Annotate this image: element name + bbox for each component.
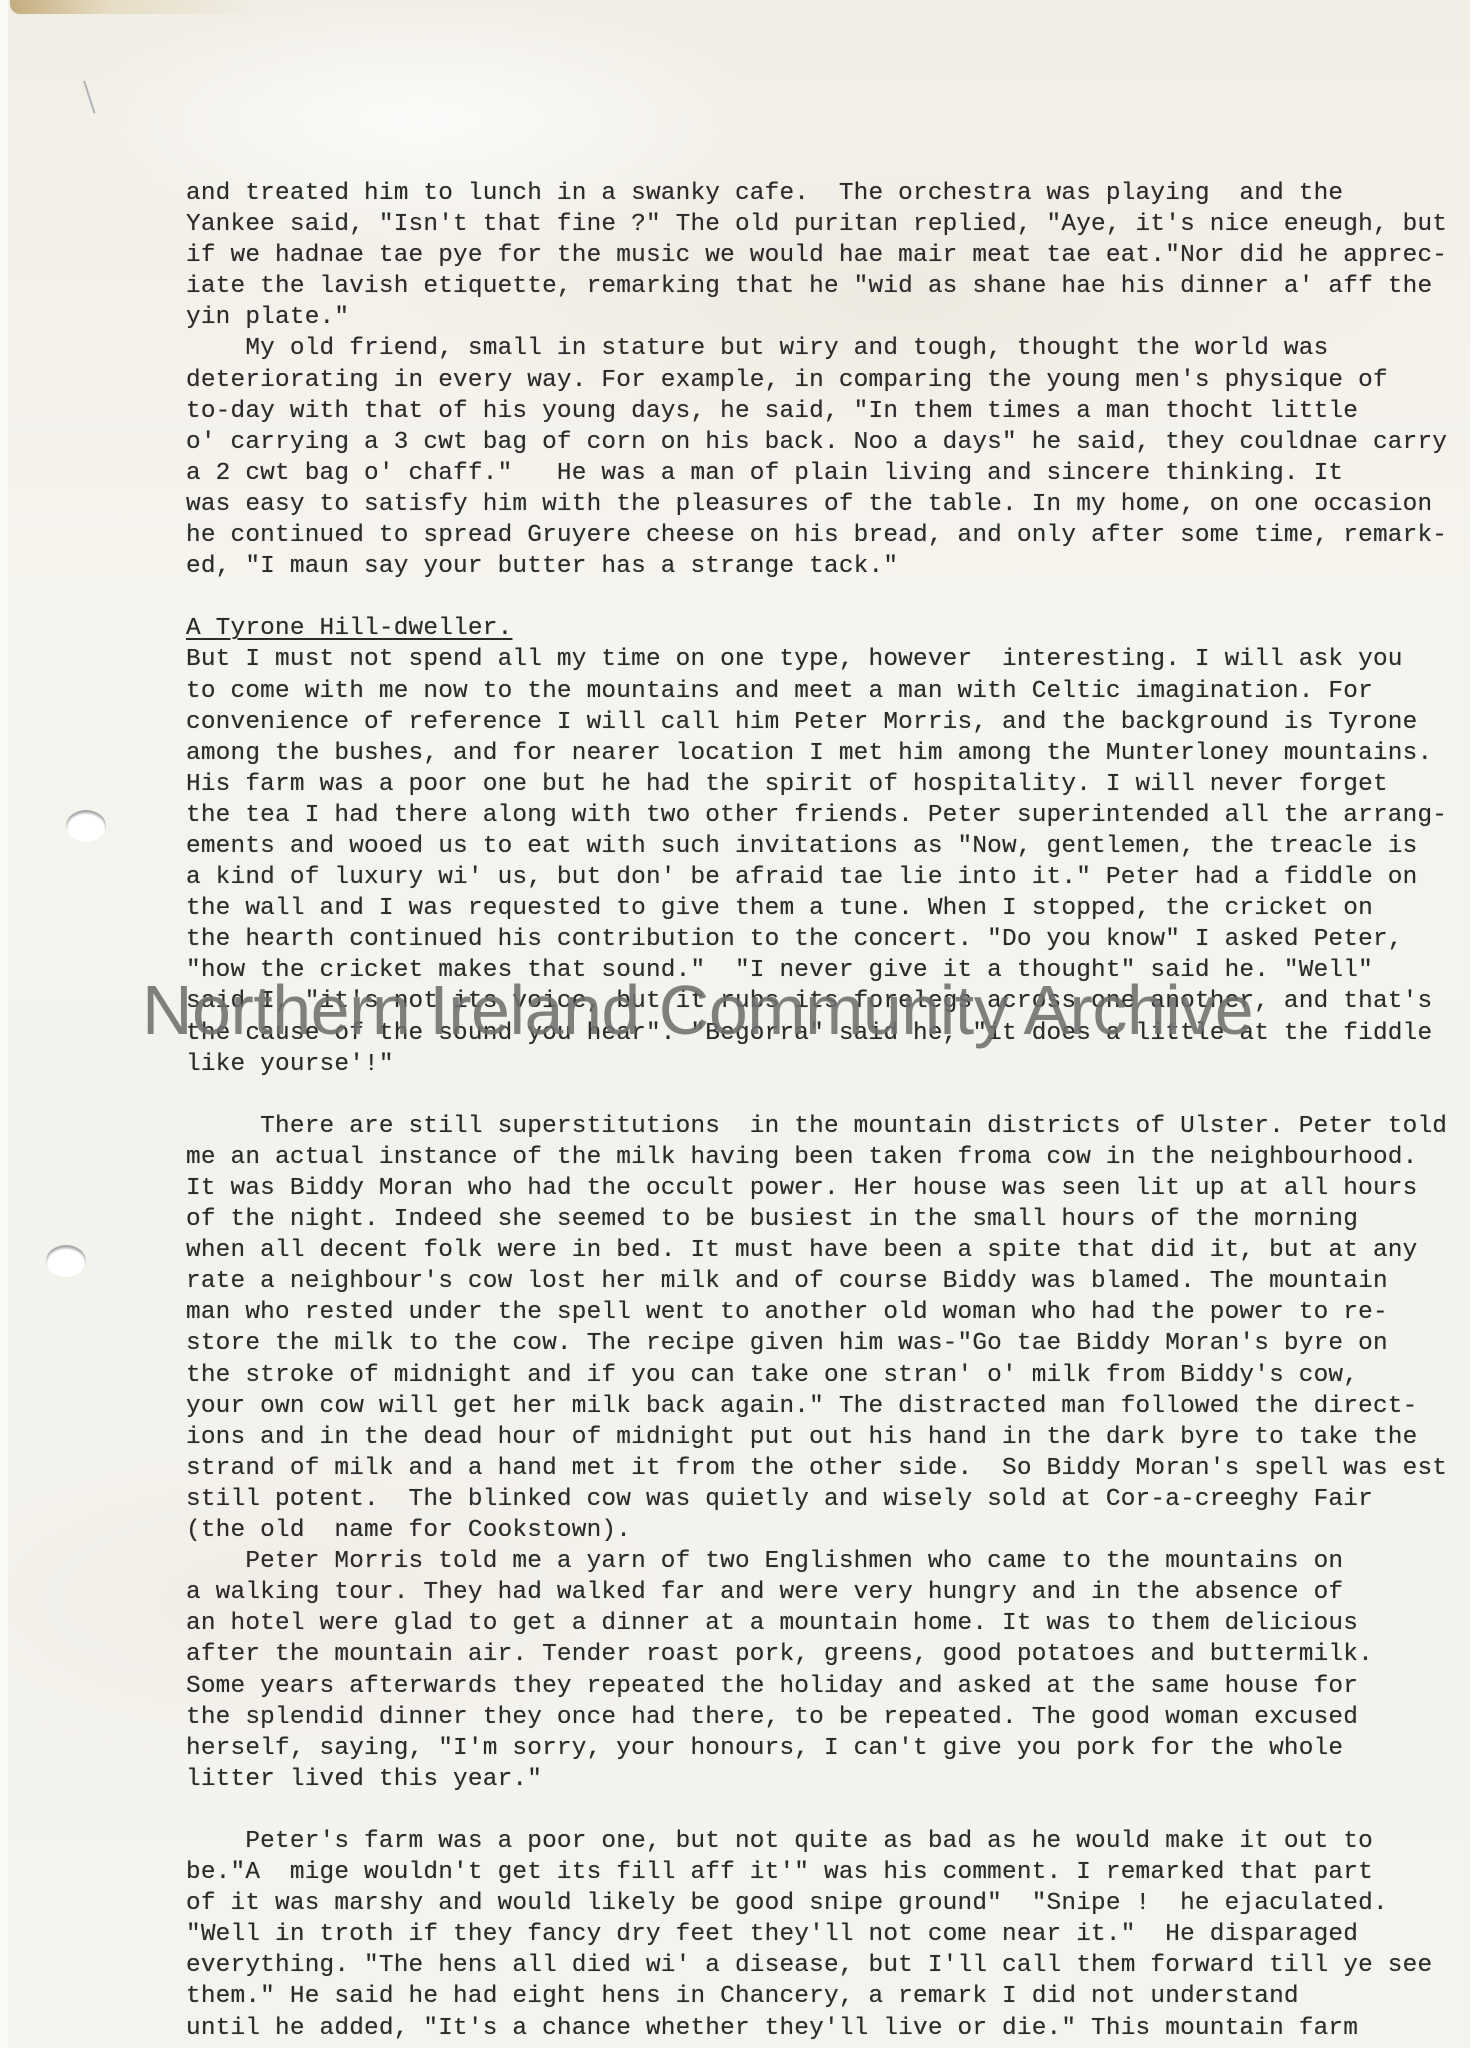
text-line: of it was marshy and would likely be goo…	[186, 1888, 1480, 1919]
paragraph: Peter Morris told me a yarn of two Engli…	[186, 1546, 1480, 1795]
text-line: a 2 cwt bag o' chaff." He was a man of p…	[186, 458, 1480, 489]
text-line: Peter Morris told me a yarn of two Engli…	[186, 1546, 1480, 1577]
text-line: an hotel were glad to get a dinner at a …	[186, 1608, 1480, 1639]
text-line: was easy to satisfy him with the pleasur…	[186, 489, 1480, 520]
text-line: Peter's farm was a poor one, but not qui…	[186, 1826, 1480, 1857]
page-left-edge	[0, 0, 8, 2048]
text-line: store the milk to the cow. The recipe gi…	[186, 1328, 1480, 1359]
paragraph: My old friend, small in stature but wiry…	[186, 333, 1480, 582]
text-line: everything. "The hens all died wi' a dis…	[186, 1950, 1480, 1981]
text-line: me an actual instance of the milk having…	[186, 1142, 1480, 1173]
paragraph: There are still superstitutions in the m…	[186, 1111, 1480, 1546]
text-line: among the bushes, and for nearer locatio…	[186, 738, 1480, 769]
text-line: man who rested under the spell went to a…	[186, 1297, 1480, 1328]
text-line: litter lived this year."	[186, 1764, 1480, 1795]
paragraph: and treated him to lunch in a swanky caf…	[186, 178, 1480, 333]
punch-hole-icon	[46, 1245, 86, 1277]
text-line: to come with me now to the mountains and…	[186, 676, 1480, 707]
text-line: still potent. The blinked cow was quietl…	[186, 1484, 1480, 1515]
punch-hole-icon	[66, 810, 106, 842]
text-line: of the night. Indeed she seemed to be bu…	[186, 1204, 1480, 1235]
text-line: he continued to spread Gruyere cheese on…	[186, 520, 1480, 551]
text-line: and treated him to lunch in a swanky caf…	[186, 178, 1480, 209]
paragraph: Peter's farm was a poor one, but not qui…	[186, 1826, 1480, 2044]
text-line: strand of milk and a hand met it from th…	[186, 1453, 1480, 1484]
text-line: Some years afterwards they repeated the …	[186, 1671, 1480, 1702]
text-line: deteriorating in every way. For example,…	[186, 365, 1480, 396]
text-line: But I must not spend all my time on one …	[186, 644, 1480, 675]
text-line: the hearth continued his contribution to…	[186, 924, 1480, 955]
corner-stain	[10, 0, 260, 14]
text-line: A Tyrone Hill-dweller.	[186, 613, 1480, 644]
text-line: a walking tour. They had walked far and …	[186, 1577, 1480, 1608]
text-line: the tea I had there along with two other…	[186, 800, 1480, 831]
text-line: ed, "I maun say your butter has a strang…	[186, 551, 1480, 582]
text-line: yin plate."	[186, 302, 1480, 333]
pencil-mark	[83, 76, 109, 113]
text-line: the wall and I was requested to give the…	[186, 893, 1480, 924]
blank-line	[186, 1795, 1480, 1826]
text-line: after the mountain air. Tender roast por…	[186, 1639, 1480, 1670]
text-line: to-day with that of his young days, he s…	[186, 396, 1480, 427]
text-line: o' carrying a 3 cwt bag of corn on his b…	[186, 427, 1480, 458]
text-line: Yankee said, "Isn't that fine ?" The old…	[186, 209, 1480, 240]
section-heading: A Tyrone Hill-dweller.	[186, 613, 1480, 644]
text-line: There are still superstitutions in the m…	[186, 1111, 1480, 1142]
text-line: (the old name for Cookstown).	[186, 1515, 1480, 1546]
text-line: iate the lavish etiquette, remarking tha…	[186, 271, 1480, 302]
text-line: "Well in troth if they fancy dry feet th…	[186, 1919, 1480, 1950]
text-line: My old friend, small in stature but wiry…	[186, 333, 1480, 364]
blank-line	[186, 1080, 1480, 1111]
text-line: like yourse'!"	[186, 1049, 1480, 1080]
text-line: ements and wooed us to eat with such inv…	[186, 831, 1480, 862]
archive-watermark: Northern Ireland Community Archive	[142, 975, 1253, 1045]
text-line: convenience of reference I will call him…	[186, 707, 1480, 738]
text-line: them." He said he had eight hens in Chan…	[186, 1981, 1480, 2012]
text-line: a kind of luxury wi' us, but don' be afr…	[186, 862, 1480, 893]
text-line: rate a neighbour's cow lost her milk and…	[186, 1266, 1480, 1297]
text-line: your own cow will get her milk back agai…	[186, 1391, 1480, 1422]
text-line: the splendid dinner they once had there,…	[186, 1702, 1480, 1733]
text-line: be."A mige wouldn't get its fill aff it'…	[186, 1857, 1480, 1888]
text-line: when all decent folk were in bed. It mus…	[186, 1235, 1480, 1266]
text-line: ions and in the dead hour of midnight pu…	[186, 1422, 1480, 1453]
scanned-page: and treated him to lunch in a swanky caf…	[0, 0, 1480, 2048]
text-line: It was Biddy Moran who had the occult po…	[186, 1173, 1480, 1204]
text-line: His farm was a poor one but he had the s…	[186, 769, 1480, 800]
text-line: the stroke of midnight and if you can ta…	[186, 1360, 1480, 1391]
text-line: if we hadnae tae pye for the music we wo…	[186, 240, 1480, 271]
text-line: herself, saying, "I'm sorry, your honour…	[186, 1733, 1480, 1764]
typewritten-text: and treated him to lunch in a swanky caf…	[186, 178, 1480, 2044]
text-line: until he added, "It's a chance whether t…	[186, 2013, 1480, 2044]
blank-line	[186, 582, 1480, 613]
